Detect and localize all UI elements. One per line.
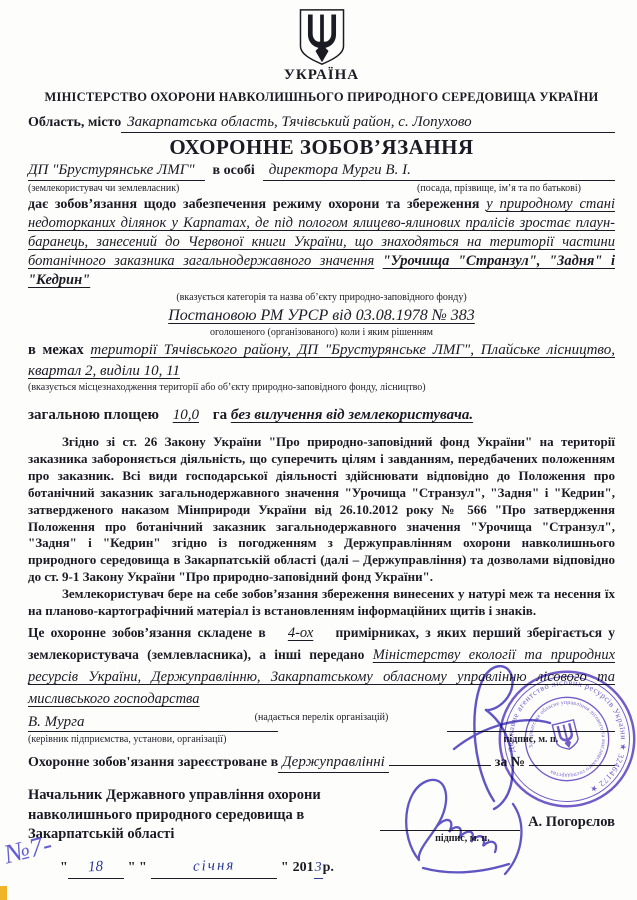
party-hints: (землекористувач чи землевласник) (посад… (28, 182, 615, 195)
party-line: ДП "Брустурянське ЛМГ" в особі директора… (28, 161, 615, 181)
area-label: загальною площею (28, 407, 159, 423)
registered-label: Охоронне зобов'язання зареєстроване в (28, 753, 278, 772)
manager-hint: (керівник підприємства, установи, органі… (28, 734, 226, 746)
official-row: Начальник Державного управління охорони … (28, 786, 615, 845)
official-signature-area: А. Погорєлов (350, 814, 615, 831)
location-line: Область, місто Закарпатська область, Тяч… (28, 113, 615, 133)
decree-hint: оголошеного (організованого) коли і яким… (28, 327, 615, 339)
registered-number-label: за № (491, 753, 529, 772)
official-position: Начальник Державного управління охорони … (28, 786, 350, 845)
handwritten-year-digit: 3 (314, 858, 323, 879)
country-name: УКРАЇНА (28, 67, 615, 84)
emblem-wrap (28, 8, 615, 66)
org-hint: (землекористувач чи землевласник) (28, 182, 179, 195)
handwritten-month: січня (192, 855, 235, 876)
registered-line-fill (389, 751, 491, 766)
registered-number-line (529, 751, 615, 766)
scanned-document-page: УКРАЇНА МІНІСТЕРСТВО ОХОРОНИ НАВКОЛИШНЬО… (0, 0, 637, 900)
location-value: Закарпатська область, Тячівський район, … (121, 113, 615, 133)
scan-corner-artifact (0, 886, 7, 900)
registered-value: Держуправлінні (278, 753, 389, 773)
signature-stamp-hint: підпис, м. п. (447, 734, 615, 746)
party-infix: в особі (205, 161, 263, 180)
area-clause: без вилучення від землекористувача. (231, 407, 473, 423)
bounds-value: території Тячівського району, ДП "Брусту… (28, 342, 615, 379)
date-day-slot: 18 (68, 857, 124, 879)
ukraine-trident-emblem-icon (297, 8, 347, 66)
date-suffix: р. (323, 858, 334, 878)
obligation-lead: дає зобов’язання щодо забезпечення режим… (28, 197, 480, 212)
date-mid-quotes: " " (124, 858, 151, 878)
manager-signature-hints: (керівник підприємства, установи, органі… (28, 734, 615, 746)
bounds-paragraph: в межах території Тячівського району, ДП… (28, 340, 615, 382)
area-value: 10,0 (163, 407, 209, 423)
ministry-name: МІНІСТЕРСТВО ОХОРОНИ НАВКОЛИШНЬОГО ПРИРО… (28, 90, 615, 105)
date-close-quote: " (277, 858, 293, 878)
location-label: Область, місто (28, 113, 121, 132)
body-paragraph-2: Землекористувач бере на себе зобов’язанн… (28, 586, 615, 620)
official-signature-hint: підпис, м. п. (410, 833, 515, 845)
official-signature-col: А. Погорєлов підпис, м. п. (350, 786, 615, 845)
date-month-slot: січня (151, 857, 277, 879)
area-line: загальною площею 10,0 га без вилучення в… (28, 405, 615, 425)
copies-lead: Це охоронне зобов’язання складене в (28, 625, 266, 640)
decree-line: Постановою РМ УРСР від 03.08.1978 № 383 (28, 306, 615, 325)
handwritten-day: 18 (88, 856, 104, 877)
person-name: директора Мурги В. І. (263, 161, 615, 181)
copies-count: 4-ох (272, 625, 329, 641)
manager-signature-line (447, 715, 615, 732)
area-unit: га (213, 407, 227, 423)
obligation-paragraph: дає зобов’язання щодо забезпечення режим… (28, 195, 615, 290)
copies-paragraph: Це охоронне зобов’язання складене в 4-ох… (28, 622, 615, 710)
date-open-quote: " (60, 858, 68, 878)
body-paragraph-1: Згідно зі ст. 26 Закону України "Про при… (28, 434, 615, 586)
official-name: А. Погорєлов (520, 814, 615, 831)
signing-block: В. Мурга (керівник підприємства, установ… (28, 713, 615, 879)
object-hint: (вказується категорія та назва об’єкту п… (28, 292, 615, 304)
registration-line: Охоронне зобов'язання зареєстроване в Де… (28, 751, 615, 773)
organization-name: ДП "Брустурянське ЛМГ" (28, 161, 205, 181)
bounds-label: в межах (28, 342, 84, 358)
manager-name: В. Мурга (28, 713, 278, 732)
date-year-typed: 201 (293, 858, 314, 878)
date-line: " 18 " " січня " 2013р. (60, 857, 615, 879)
bounds-hint: (вказується місцезнаходження території а… (28, 382, 615, 394)
person-hint: (посада, прізвище, ім’я та по батькові) (417, 182, 581, 195)
official-signature-line (380, 816, 520, 831)
document-title: ОХОРОННЕ ЗОБОВ’ЯЗАННЯ (28, 135, 615, 159)
manager-signature-row: В. Мурга (28, 713, 615, 732)
